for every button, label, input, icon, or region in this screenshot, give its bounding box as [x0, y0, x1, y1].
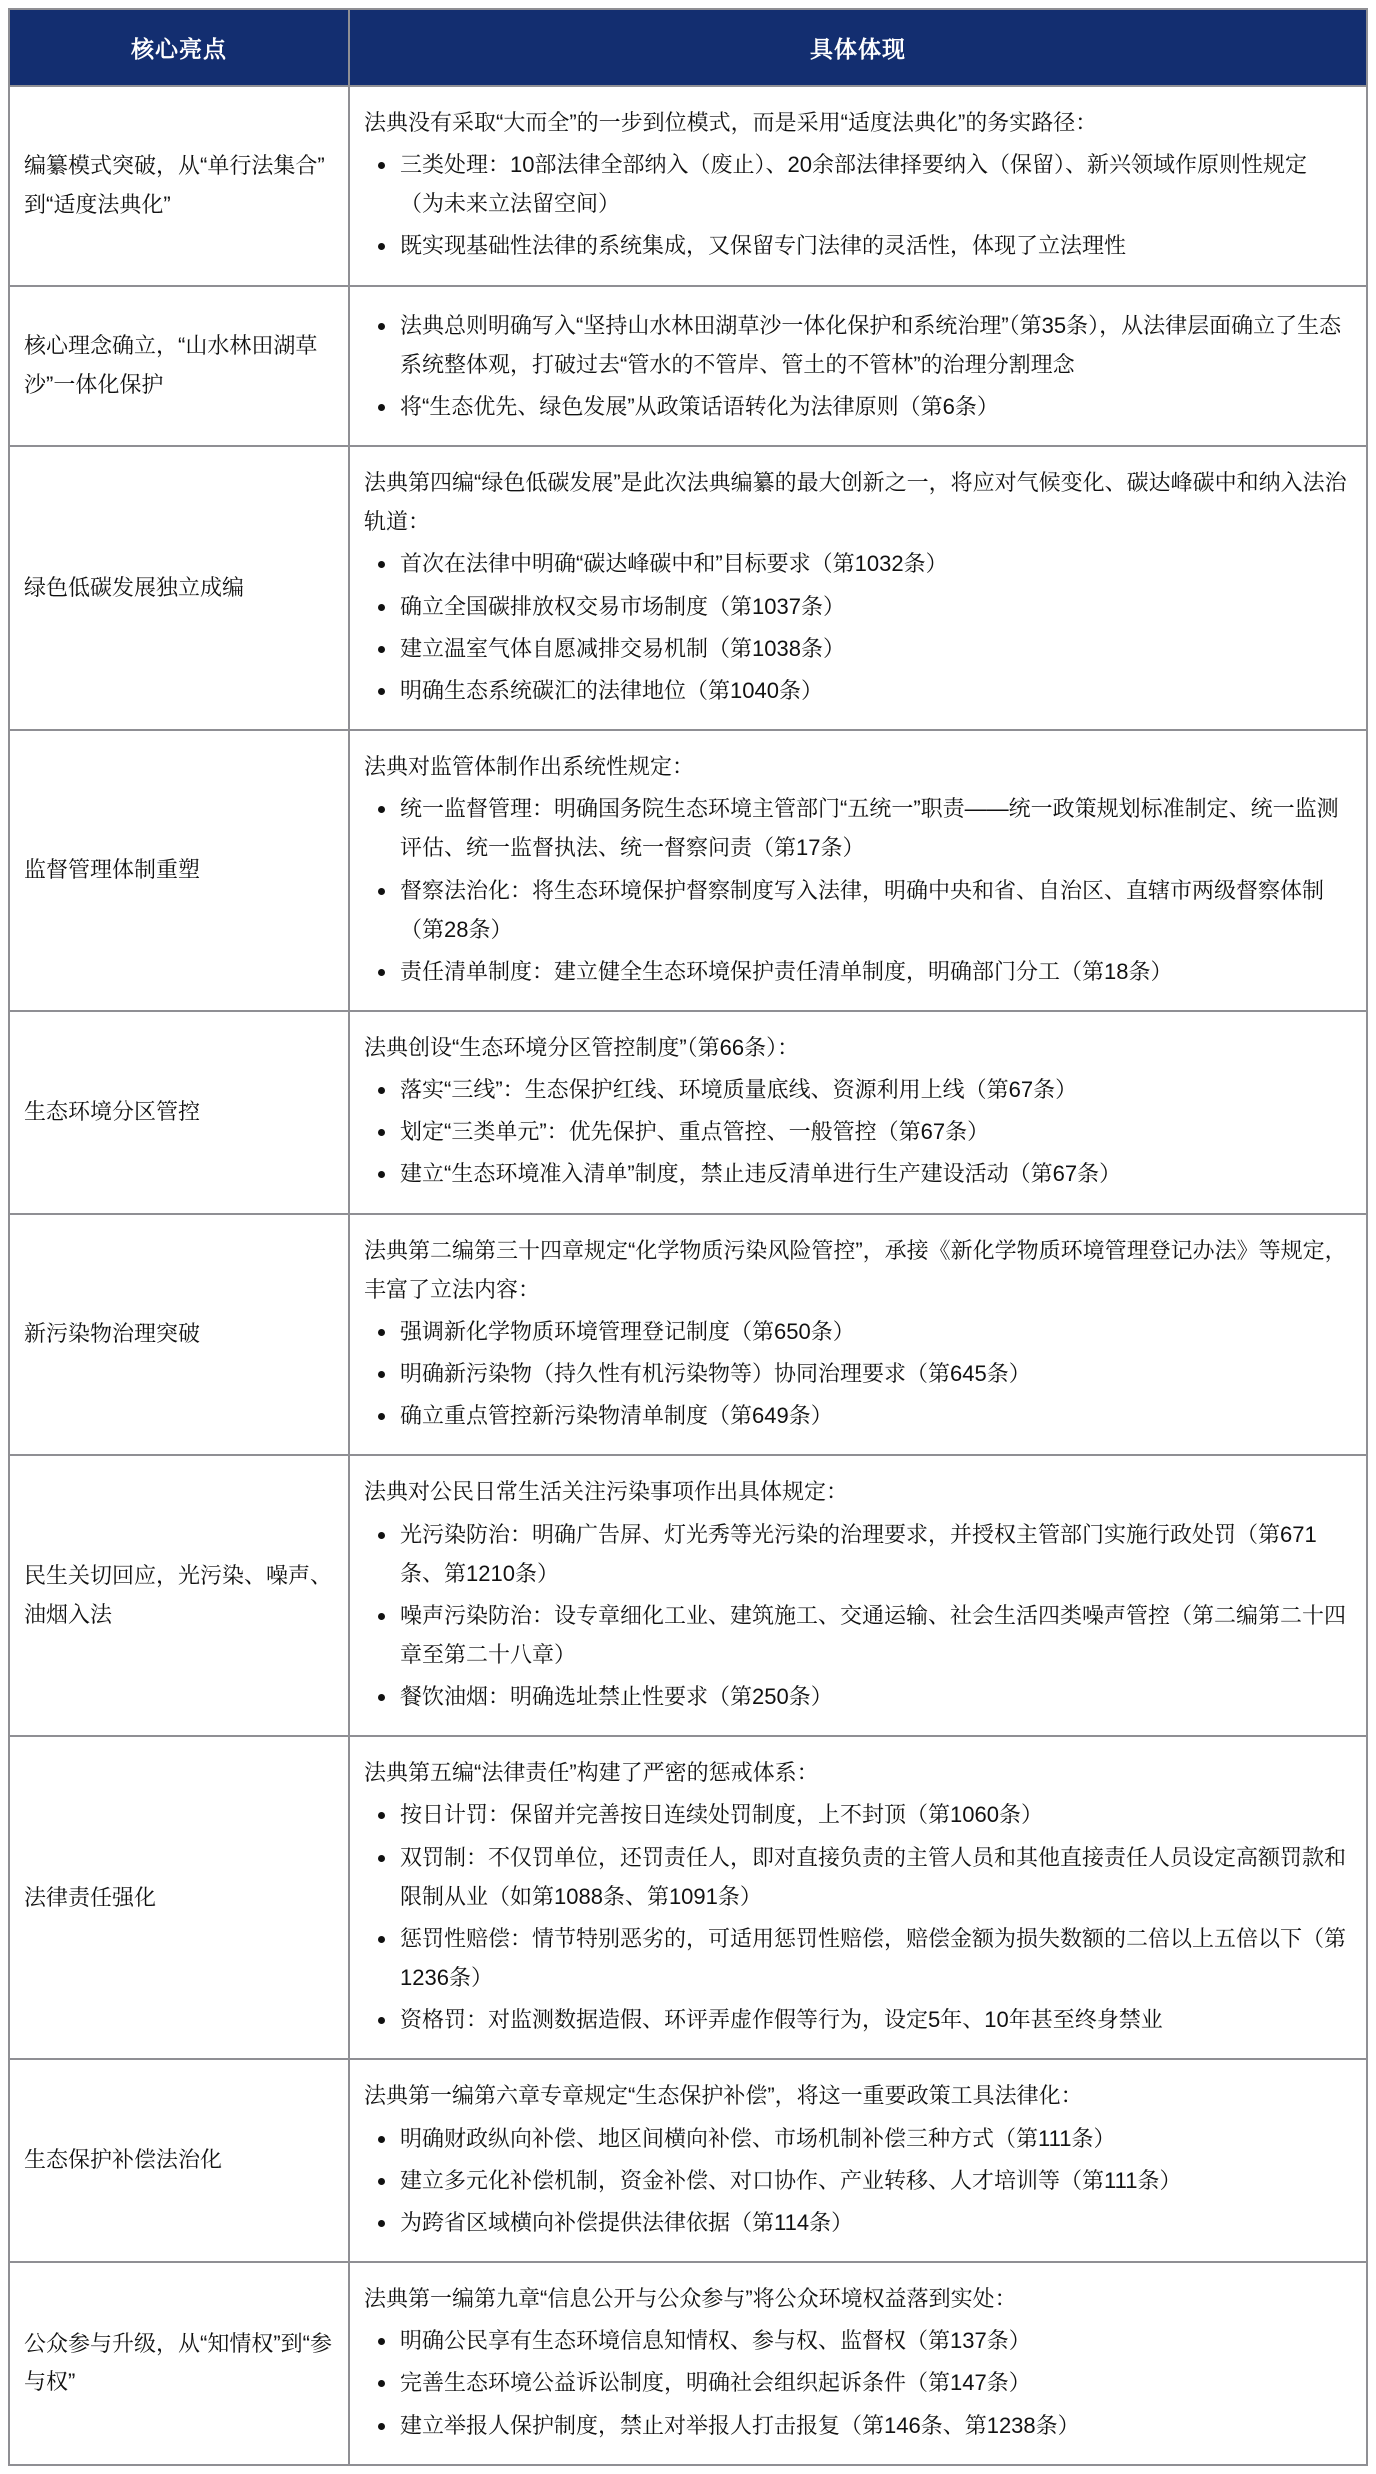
table-row: 核心理念确立，“山水林田湖草沙”一体化保护法典总则明确写入“坚持山水林田湖草沙一… [9, 286, 1367, 446]
detail-bullet-list: 法典总则明确写入“坚持山水林田湖草沙一体化保护和系统治理”（第35条），从法律层… [364, 306, 1348, 426]
detail-bullet: 双罚制：不仅罚单位，还罚责任人，即对直接负责的主管人员和其他直接责任人员设定高额… [398, 1838, 1348, 1916]
detail-bullet: 按日计罚：保留并完善按日连续处罚制度，上不封顶（第1060条） [398, 1795, 1348, 1834]
detail-cell: 法典第一编第六章专章规定“生态保护补偿”，将这一重要政策工具法律化：明确财政纵向… [349, 2059, 1367, 2262]
detail-bullet: 噪声污染防治：设专章细化工业、建筑施工、交通运输、社会生活四类噪声管控（第二编第… [398, 1596, 1348, 1674]
detail-bullet: 明确新污染物（持久性有机污染物等）协同治理要求（第645条） [398, 1354, 1348, 1393]
detail-bullet: 建立举报人保护制度，禁止对举报人打击报复（第146条、第1238条） [398, 2406, 1348, 2445]
detail-bullet: 三类处理：10部法律全部纳入（废止）、20余部法律择要纳入（保留）、新兴领域作原… [398, 145, 1348, 223]
detail-bullet: 将“生态优先、绿色发展”从政策话语转化为法律原则（第6条） [398, 387, 1348, 426]
detail-bullet-list: 光污染防治：明确广告屏、灯光秀等光污染的治理要求，并授权主管部门实施行政处罚（第… [364, 1515, 1348, 1717]
detail-bullet: 为跨省区域横向补偿提供法律依据（第114条） [398, 2203, 1348, 2242]
highlight-title: 民生关切回应，光污染、噪声、油烟入法 [9, 1455, 349, 1736]
detail-bullet: 划定“三类单元”：优先保护、重点管控、一般管控（第67条） [398, 1112, 1348, 1151]
detail-intro: 法典第二编第三十四章规定“化学物质污染风险管控”，承接《新化学物质环境管理登记办… [364, 1231, 1348, 1309]
detail-cell: 法典第二编第三十四章规定“化学物质污染风险管控”，承接《新化学物质环境管理登记办… [349, 1214, 1367, 1456]
detail-bullet: 统一监督管理：明确国务院生态环境主管部门“五统一”职责——统一政策规划标准制定、… [398, 789, 1348, 867]
detail-bullet: 明确生态系统碳汇的法律地位（第1040条） [398, 671, 1348, 710]
detail-bullet: 确立全国碳排放权交易市场制度（第1037条） [398, 587, 1348, 626]
detail-bullet: 完善生态环境公益诉讼制度，明确社会组织起诉条件（第147条） [398, 2363, 1348, 2402]
table-row: 生态保护补偿法治化法典第一编第六章专章规定“生态保护补偿”，将这一重要政策工具法… [9, 2059, 1367, 2262]
detail-bullet: 首次在法律中明确“碳达峰碳中和”目标要求（第1032条） [398, 544, 1348, 583]
table-row: 监督管理体制重塑法典对监管体制作出系统性规定：统一监督管理：明确国务院生态环境主… [9, 730, 1367, 1011]
highlight-title: 监督管理体制重塑 [9, 730, 349, 1011]
highlights-table: 核心亮点 具体体现 编纂模式突破，从“单行法集合”到“适度法典化”法典没有采取“… [8, 8, 1368, 2466]
detail-cell: 法典创设“生态环境分区管控制度”（第66条）：落实“三线”：生态保护红线、环境质… [349, 1011, 1367, 1214]
detail-bullet: 法典总则明确写入“坚持山水林田湖草沙一体化保护和系统治理”（第35条），从法律层… [398, 306, 1348, 384]
detail-cell: 法典总则明确写入“坚持山水林田湖草沙一体化保护和系统治理”（第35条），从法律层… [349, 286, 1367, 446]
detail-bullet: 强调新化学物质环境管理登记制度（第650条） [398, 1312, 1348, 1351]
table-header-row: 核心亮点 具体体现 [9, 9, 1367, 86]
detail-cell: 法典第一编第九章“信息公开与公众参与”将公众环境权益落到实处：明确公民享有生态环… [349, 2262, 1367, 2465]
detail-bullet: 餐饮油烟：明确选址禁止性要求（第250条） [398, 1677, 1348, 1716]
detail-bullet: 建立“生态环境准入清单”制度，禁止违反清单进行生产建设活动（第67条） [398, 1154, 1348, 1193]
detail-bullet: 确立重点管控新污染物清单制度（第649条） [398, 1396, 1348, 1435]
detail-bullet: 明确公民享有生态环境信息知情权、参与权、监督权（第137条） [398, 2321, 1348, 2360]
detail-bullet: 资格罚：对监测数据造假、环评弄虚作假等行为，设定5年、10年甚至终身禁业 [398, 2000, 1348, 2039]
detail-bullet-list: 明确财政纵向补偿、地区间横向补偿、市场机制补偿三种方式（第111条）建立多元化补… [364, 2119, 1348, 2242]
column-header-core-highlights: 核心亮点 [9, 9, 349, 86]
table-row: 新污染物治理突破法典第二编第三十四章规定“化学物质污染风险管控”，承接《新化学物… [9, 1214, 1367, 1456]
highlight-title: 编纂模式突破，从“单行法集合”到“适度法典化” [9, 86, 349, 286]
detail-cell: 法典第四编“绿色低碳发展”是此次法典编纂的最大创新之一，将应对气候变化、碳达峰碳… [349, 446, 1367, 730]
detail-intro: 法典没有采取“大而全”的一步到位模式，而是采用“适度法典化”的务实路径： [364, 103, 1348, 142]
highlight-title: 法律责任强化 [9, 1736, 349, 2059]
table-row: 编纂模式突破，从“单行法集合”到“适度法典化”法典没有采取“大而全”的一步到位模… [9, 86, 1367, 286]
detail-intro: 法典对公民日常生活关注污染事项作出具体规定： [364, 1472, 1348, 1511]
detail-intro: 法典第四编“绿色低碳发展”是此次法典编纂的最大创新之一，将应对气候变化、碳达峰碳… [364, 463, 1348, 541]
detail-cell: 法典第五编“法律责任”构建了严密的惩戒体系：按日计罚：保留并完善按日连续处罚制度… [349, 1736, 1367, 2059]
column-header-details: 具体体现 [349, 9, 1367, 86]
table-row: 生态环境分区管控法典创设“生态环境分区管控制度”（第66条）：落实“三线”：生态… [9, 1011, 1367, 1214]
detail-bullet: 督察法治化：将生态环境保护督察制度写入法律，明确中央和省、自治区、直辖市两级督察… [398, 871, 1348, 949]
highlight-title: 绿色低碳发展独立成编 [9, 446, 349, 730]
highlight-title: 生态环境分区管控 [9, 1011, 349, 1214]
detail-bullet-list: 落实“三线”：生态保护红线、环境质量底线、资源利用上线（第67条）划定“三类单元… [364, 1070, 1348, 1193]
detail-bullet: 明确财政纵向补偿、地区间横向补偿、市场机制补偿三种方式（第111条） [398, 2119, 1348, 2158]
detail-bullet: 光污染防治：明确广告屏、灯光秀等光污染的治理要求，并授权主管部门实施行政处罚（第… [398, 1515, 1348, 1593]
detail-bullet-list: 按日计罚：保留并完善按日连续处罚制度，上不封顶（第1060条）双罚制：不仅罚单位… [364, 1795, 1348, 2039]
table-row: 绿色低碳发展独立成编法典第四编“绿色低碳发展”是此次法典编纂的最大创新之一，将应… [9, 446, 1367, 730]
detail-bullet-list: 统一监督管理：明确国务院生态环境主管部门“五统一”职责——统一政策规划标准制定、… [364, 789, 1348, 991]
detail-cell: 法典没有采取“大而全”的一步到位模式，而是采用“适度法典化”的务实路径：三类处理… [349, 86, 1367, 286]
table-row: 法律责任强化法典第五编“法律责任”构建了严密的惩戒体系：按日计罚：保留并完善按日… [9, 1736, 1367, 2059]
detail-bullet-list: 明确公民享有生态环境信息知情权、参与权、监督权（第137条）完善生态环境公益诉讼… [364, 2321, 1348, 2444]
detail-bullet: 落实“三线”：生态保护红线、环境质量底线、资源利用上线（第67条） [398, 1070, 1348, 1109]
detail-cell: 法典对监管体制作出系统性规定：统一监督管理：明确国务院生态环境主管部门“五统一”… [349, 730, 1367, 1011]
page: 核心亮点 具体体现 编纂模式突破，从“单行法集合”到“适度法典化”法典没有采取“… [0, 0, 1376, 2474]
detail-bullet: 既实现基础性法律的系统集成，又保留专门法律的灵活性，体现了立法理性 [398, 226, 1348, 265]
detail-bullet: 建立温室气体自愿减排交易机制（第1038条） [398, 629, 1348, 668]
detail-bullet-list: 三类处理：10部法律全部纳入（废止）、20余部法律择要纳入（保留）、新兴领域作原… [364, 145, 1348, 265]
table-row: 民生关切回应，光污染、噪声、油烟入法法典对公民日常生活关注污染事项作出具体规定：… [9, 1455, 1367, 1736]
table-row: 公众参与升级，从“知情权”到“参与权”法典第一编第九章“信息公开与公众参与”将公… [9, 2262, 1367, 2465]
detail-bullet: 建立多元化补偿机制，资金补偿、对口协作、产业转移、人才培训等（第111条） [398, 2161, 1348, 2200]
detail-bullet: 惩罚性赔偿：情节特别恶劣的，可适用惩罚性赔偿，赔偿金额为损失数额的二倍以上五倍以… [398, 1919, 1348, 1997]
detail-intro: 法典第一编第九章“信息公开与公众参与”将公众环境权益落到实处： [364, 2279, 1348, 2318]
detail-bullet: 责任清单制度：建立健全生态环境保护责任清单制度，明确部门分工（第18条） [398, 952, 1348, 991]
detail-bullet-list: 强调新化学物质环境管理登记制度（第650条）明确新污染物（持久性有机污染物等）协… [364, 1312, 1348, 1435]
highlight-title: 新污染物治理突破 [9, 1214, 349, 1456]
highlight-title: 公众参与升级，从“知情权”到“参与权” [9, 2262, 349, 2465]
highlight-title: 核心理念确立，“山水林田湖草沙”一体化保护 [9, 286, 349, 446]
highlight-title: 生态保护补偿法治化 [9, 2059, 349, 2262]
detail-cell: 法典对公民日常生活关注污染事项作出具体规定：光污染防治：明确广告屏、灯光秀等光污… [349, 1455, 1367, 1736]
detail-intro: 法典对监管体制作出系统性规定： [364, 747, 1348, 786]
detail-intro: 法典第一编第六章专章规定“生态保护补偿”，将这一重要政策工具法律化： [364, 2076, 1348, 2115]
detail-bullet-list: 首次在法律中明确“碳达峰碳中和”目标要求（第1032条）确立全国碳排放权交易市场… [364, 544, 1348, 710]
detail-intro: 法典第五编“法律责任”构建了严密的惩戒体系： [364, 1753, 1348, 1792]
detail-intro: 法典创设“生态环境分区管控制度”（第66条）： [364, 1028, 1348, 1067]
